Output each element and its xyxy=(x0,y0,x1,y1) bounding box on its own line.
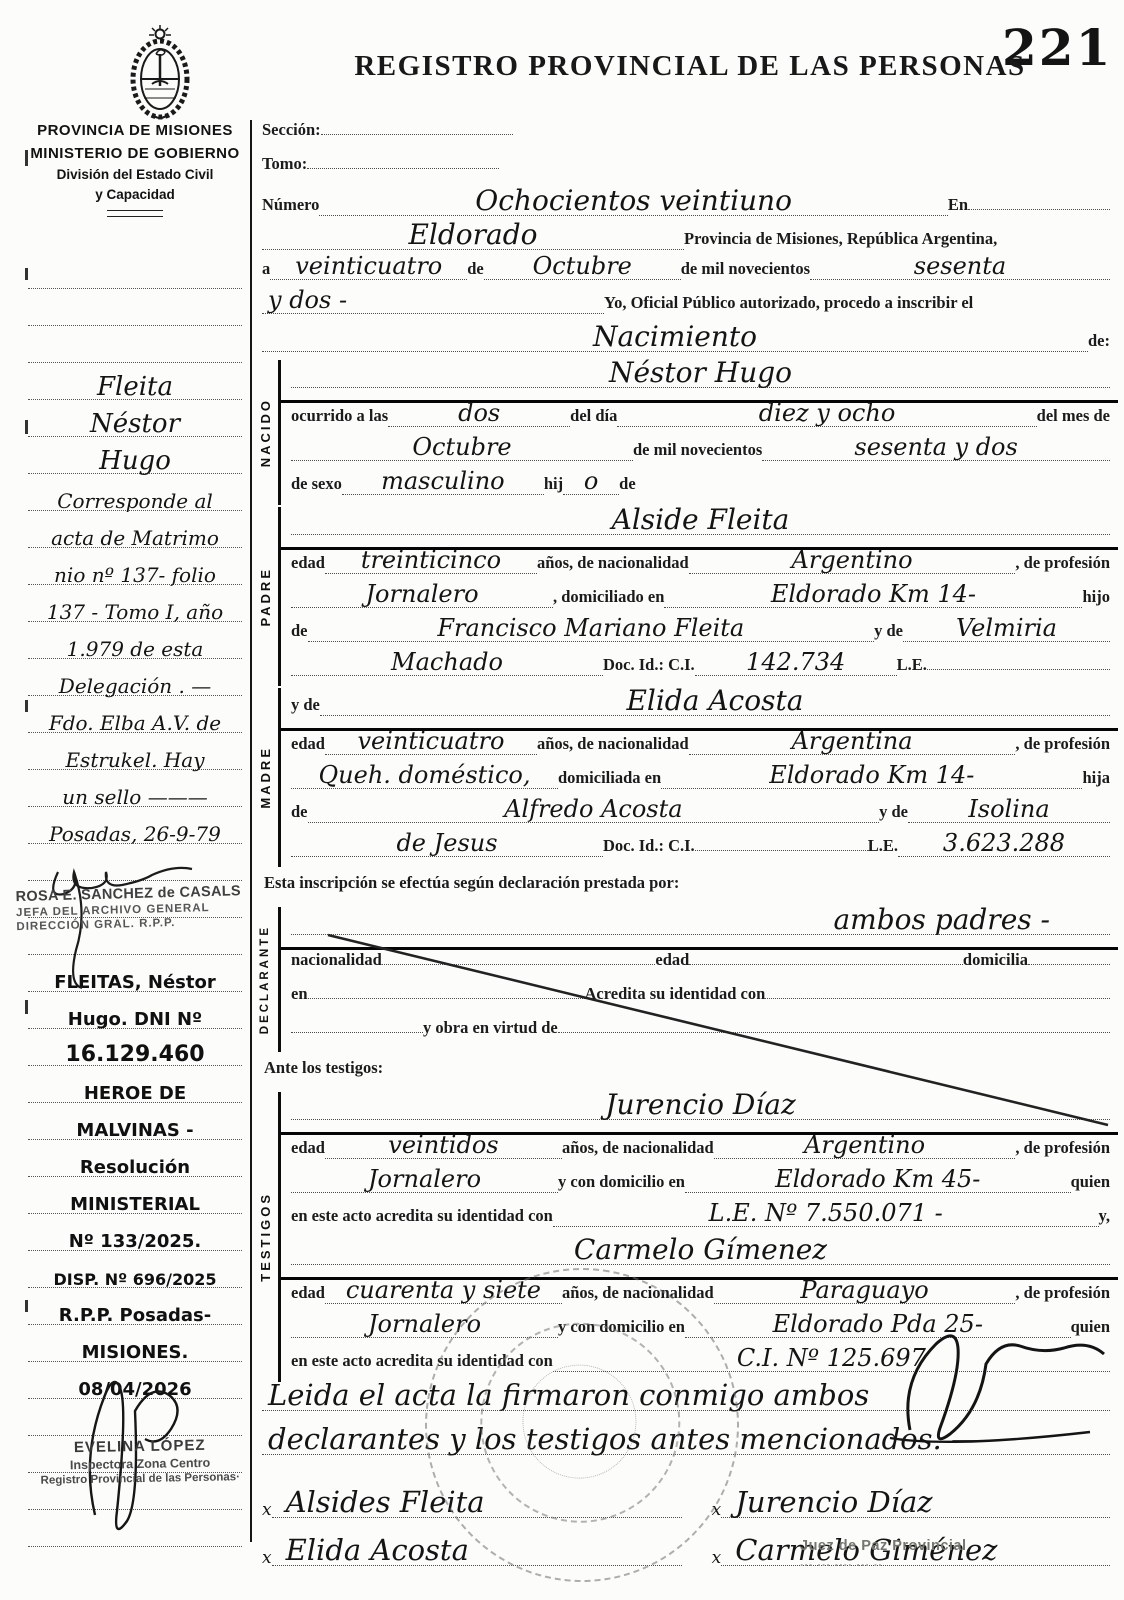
madre-le-value: 3.623.288 xyxy=(898,833,1110,857)
de-label: de xyxy=(467,259,484,279)
novecientos-label: de mil novecientos xyxy=(633,440,762,460)
testigos-intro-row: Ante los testigos: xyxy=(252,1052,1118,1090)
margin-text: DISP. Nº 696/2025 xyxy=(54,1273,217,1287)
section-madre: MADRE y de Elida Acosta edad veinticuatr… xyxy=(252,688,1118,867)
madre-row-profesion: Queh. doméstico, domiciliada en Eldorado… xyxy=(281,765,1118,799)
form-row-seccion: Sección: xyxy=(252,120,1118,154)
padre-dom-value: Eldorado Km 14- xyxy=(664,584,1082,608)
argentina-coat-of-arms-icon xyxy=(118,24,202,124)
testigo1-dom-value: Eldorado Km 45- xyxy=(685,1169,1071,1193)
margin-line: DISP. Nº 696/2025 xyxy=(28,1251,242,1288)
seccion-value xyxy=(321,134,513,135)
margin-line: Nº 133/2025. xyxy=(28,1214,242,1251)
edad-label: edad xyxy=(291,1283,325,1303)
madre-abuela-value: Isolina xyxy=(908,799,1110,823)
declarante-blank-value xyxy=(291,1032,423,1033)
margin-text: Estrukel. Hay xyxy=(65,751,204,769)
hij-value: o xyxy=(563,471,619,495)
yde-label: y de xyxy=(874,621,903,641)
padre-edad-value: treinticinco xyxy=(325,550,537,574)
declarante-nac-value xyxy=(382,964,656,965)
maternal-grandfather-handwritten: Alfredo Acosta xyxy=(504,795,683,823)
margin-line: Néstor xyxy=(28,400,242,437)
le-label: L.E. xyxy=(868,836,898,856)
margin-line: nio nº 137- folio xyxy=(28,548,242,585)
declarante-virtud-value xyxy=(558,1032,1110,1033)
scan-artifact xyxy=(25,1300,28,1312)
margin-text-dni: FLEITAS, Néstor xyxy=(54,975,215,991)
nacido-dia-value: diez y ocho xyxy=(617,403,1036,427)
witness2-name-handwritten: Carmelo Gímenez xyxy=(574,1233,827,1266)
quien-label: quien xyxy=(1071,1317,1110,1337)
domicilio-label: , domiciliado en xyxy=(553,587,664,607)
juez-line1: Juez de Paz Provincial xyxy=(800,1538,967,1554)
scan-artifact xyxy=(25,420,28,434)
padre-gutter: PADRE xyxy=(252,507,278,686)
nacido-gutter: NACIDO xyxy=(252,360,278,505)
nacido-label: NACIDO xyxy=(258,398,273,467)
yde-label: y de xyxy=(879,802,908,822)
margin-line xyxy=(28,252,242,289)
lugar-value: Eldorado xyxy=(262,222,684,250)
padre-abuelo-value: Francisco Mariano Fleita xyxy=(308,618,875,642)
yde-label: y de xyxy=(291,695,320,715)
padre-abuela-value: Velmiria xyxy=(903,618,1110,642)
declaracion-intro-text: Esta inscripción se efectúa según declar… xyxy=(264,873,679,893)
testigos-intro-text: Ante los testigos: xyxy=(264,1058,383,1078)
declarante-name-row: ambos padres - xyxy=(281,907,1118,950)
hour-handwritten: dos xyxy=(458,399,500,427)
section-nacido: NACIDO Néstor Hugo ocurrido a las dos de… xyxy=(252,360,1118,505)
birthday-handwritten: diez y ocho xyxy=(759,399,896,427)
mother-name-handwritten: Elida Acosta xyxy=(626,684,803,717)
acto-value: Nacimiento xyxy=(262,324,1088,352)
nacido-name-row: Néstor Hugo xyxy=(281,360,1118,403)
testigo1-nac-value: Argentino xyxy=(714,1135,1016,1159)
declarante-label: DECLARANTE xyxy=(259,925,271,1034)
sexo-label: de sexo xyxy=(291,474,342,494)
padre-content: Alside Fleita edad treinticinco años, de… xyxy=(278,507,1118,686)
madre-ci-value xyxy=(695,850,868,851)
margin-text: un sello ——— xyxy=(62,788,207,806)
form-row-numero: Número Ochocientos veintiuno En xyxy=(252,188,1118,222)
madre-nac-value: Argentina xyxy=(689,731,1016,755)
margin-text-name2: Hugo xyxy=(99,450,171,473)
ocurrido-label: ocurrido a las xyxy=(291,406,388,426)
witness1-age-handwritten: veintidos xyxy=(388,1131,498,1159)
birthmonth-handwritten: Octubre xyxy=(412,433,511,461)
declarante-content: ambos padres - nacionalidad edad domicil… xyxy=(278,907,1118,1052)
witness1-name-handwritten: Jurencio Díaz xyxy=(605,1088,796,1121)
testigo1-name-value: Jurencio Díaz xyxy=(291,1092,1110,1120)
doc-id-label: Doc. Id.: C.I. xyxy=(603,836,695,856)
del-mes-label: del mes de xyxy=(1037,406,1110,426)
margin-line: 137 - Tomo I, año xyxy=(28,585,242,622)
margin-line xyxy=(28,1510,242,1547)
testigos-gutter: TESTIGOS xyxy=(252,1092,278,1382)
en-label: en xyxy=(291,984,308,1004)
declarante-gutter: DECLARANTE xyxy=(252,907,278,1052)
padre-label: PADRE xyxy=(258,567,273,627)
birthyear-handwritten: sesenta y dos xyxy=(854,433,1017,461)
form-row-anio2: y dos - Yo, Oficial Público autorizado, … xyxy=(252,290,1118,324)
anios-label: años, de nacionalidad xyxy=(537,734,689,754)
testigo2-nac-value: Paraguayo xyxy=(714,1280,1016,1304)
acredita-label: Acredita su identidad con xyxy=(585,984,766,1004)
margin-line xyxy=(28,844,242,881)
mother-address-handwritten: Eldorado Km 14- xyxy=(769,761,974,789)
dia-value: veinticuatro xyxy=(270,256,467,280)
act-type-handwritten: Nacimiento xyxy=(593,320,757,353)
declarante-dom-value xyxy=(1028,964,1110,965)
novecientos-label: de mil novecientos xyxy=(681,259,810,279)
margin-text-surname: Fleita xyxy=(97,376,173,399)
inspector-stamp: EVELINA LÓPEZ Inspectora Zona Centro Reg… xyxy=(30,1436,251,1487)
testigo2-dom-value: Eldorado Pda 25- xyxy=(685,1314,1071,1338)
padre-abuela2-value: Machado xyxy=(291,652,603,676)
margin-text: 1.979 de esta xyxy=(67,640,204,658)
mother-le-handwritten: 3.623.288 xyxy=(943,829,1065,857)
madre-name-row: y de Elida Acosta xyxy=(281,688,1118,731)
tomo-label: Tomo: xyxy=(262,154,307,174)
x-mark: x xyxy=(262,1503,272,1518)
padre-row-edad: edad treinticinco años, de nacionalidad … xyxy=(281,550,1118,584)
father-age-handwritten: treinticinco xyxy=(361,546,501,574)
witness2-address-handwritten: Eldorado Pda 25- xyxy=(773,1310,983,1338)
padre-ci-value: 142.734 xyxy=(695,652,897,676)
margin-text: Fdo. Elba A.V. de xyxy=(49,714,221,732)
mother-nationality-handwritten: Argentina xyxy=(792,727,913,755)
mother-age-handwritten: veinticuatro xyxy=(357,727,504,755)
maternal-grandmother2-handwritten: de Jesus xyxy=(396,829,497,857)
nacido-anio-value: sesenta y dos xyxy=(762,437,1110,461)
acta-number-handwritten: Ochocientos veintiuno xyxy=(475,184,792,217)
testigo2-name-value: Carmelo Gímenez xyxy=(291,1237,1110,1265)
archive-chief-stamp: ROSA E. SANCHEZ de CASALS JEFA DEL ARCHI… xyxy=(15,883,256,933)
margin-text-date: 08/04/2026 xyxy=(78,1382,191,1398)
margin-line xyxy=(28,289,242,326)
father-ci-handwritten: 142.734 xyxy=(746,648,845,676)
anios-label: años, de nacionalidad xyxy=(562,1138,714,1158)
nacionalidad-label: nacionalidad xyxy=(291,950,382,970)
edad-label: edad xyxy=(291,734,325,754)
de-label: de xyxy=(619,474,636,494)
form-row-lugar: Eldorado Provincia de Misiones, Repúblic… xyxy=(252,222,1118,256)
margin-line: Hugo. DNI Nº xyxy=(28,992,242,1029)
testigo1-edad-value: veintidos xyxy=(325,1135,562,1159)
en-value xyxy=(968,209,1110,210)
witness2-document-handwritten: C.I. Nº 125.697 xyxy=(737,1344,926,1372)
x-mark: x xyxy=(712,1551,722,1566)
margin-line: un sello ——— xyxy=(28,770,242,807)
padre-name-row: Alside Fleita xyxy=(281,507,1118,550)
margin-line xyxy=(28,1399,242,1436)
letterhead-line3: División del Estado Civil xyxy=(28,165,242,185)
month-handwritten: Octubre xyxy=(533,252,632,280)
le-label: L.E. xyxy=(897,655,927,675)
declarante-en-value xyxy=(308,998,585,999)
profesion-label: , de profesión xyxy=(1015,553,1110,573)
declarante-row-datos: nacionalidad edad domicilia xyxy=(281,950,1118,984)
margin-line: FLEITAS, Néstor xyxy=(28,955,242,992)
mother-signature: Elida Acosta xyxy=(286,1533,469,1567)
hij-suffix-handwritten: o xyxy=(584,467,598,495)
madre-dom-value: Eldorado Km 14- xyxy=(661,765,1082,789)
margin-text: Nº 133/2025. xyxy=(69,1234,202,1250)
provincia-text: Provincia de Misiones, República Argenti… xyxy=(684,229,997,249)
margin-text: nio nº 137- folio xyxy=(54,566,216,584)
madre-row-abuelos: de Alfredo Acosta y de Isolina xyxy=(281,799,1118,833)
edad-label: edad xyxy=(655,950,689,970)
madre-abuelo-value: Alfredo Acosta xyxy=(308,799,880,823)
father-address-handwritten: Eldorado Km 14- xyxy=(771,580,976,608)
margin-text: 137 - Tomo I, año xyxy=(47,603,223,621)
scan-artifact xyxy=(25,150,28,166)
juez-line2: ··· ··· ···· ··· ·· xyxy=(800,1558,967,1572)
declarante-row-obra: y obra en virtud de xyxy=(281,1018,1118,1052)
letterhead-line2: MINISTERIO DE GOBIERNO xyxy=(28,143,242,166)
tomo-value xyxy=(307,168,499,169)
sex-handwritten: masculino xyxy=(381,467,505,495)
declarante-edad-value xyxy=(689,964,963,965)
witness2-nationality-handwritten: Paraguayo xyxy=(800,1276,928,1304)
child-name-handwritten: Néstor Hugo xyxy=(609,356,792,389)
madre-label: MADRE xyxy=(258,746,273,809)
stamp-role: Inspectora Zona Centro xyxy=(30,1455,250,1473)
en-label: En xyxy=(948,195,968,215)
testigo1-row-doc: en este acto acredita su identidad con L… xyxy=(281,1203,1118,1237)
margin-text: Posadas, 26-9-79 xyxy=(49,825,221,843)
margin-text: HEROE DE xyxy=(84,1086,186,1102)
domicilia-label: domicilia xyxy=(963,950,1028,970)
madre-content: y de Elida Acosta edad veinticuatro años… xyxy=(278,688,1118,867)
margin-text: MALVINAS - xyxy=(76,1123,193,1139)
margin-line: Posadas, 26-9-79 xyxy=(28,807,242,844)
madre-gutter: MADRE xyxy=(252,688,278,867)
numero-label: Número xyxy=(262,195,319,215)
margin-line: MINISTERIAL xyxy=(28,1177,242,1214)
padre-name-value: Alside Fleita xyxy=(291,507,1110,535)
testigo1-row-edad: edad veintidos años, de nacionalidad Arg… xyxy=(281,1135,1118,1169)
padre-row-doc: Machado Doc. Id.: C.I. 142.734 L.E. xyxy=(281,652,1118,686)
hijo-label: hijo xyxy=(1082,587,1110,607)
testigo1-prof-value: Jornalero xyxy=(291,1169,558,1193)
document-title: REGISTRO PROVINCIAL DE LAS PERSONAS xyxy=(300,50,1080,83)
year-handwritten: sesenta xyxy=(914,252,1006,280)
numero-value: Ochocientos veintiuno xyxy=(319,188,947,216)
seccion-label: Sección: xyxy=(262,120,321,140)
scan-artifact xyxy=(25,268,28,280)
margin-text-dni-number: 16.129.460 xyxy=(65,1045,204,1065)
hij-label: hij xyxy=(544,474,563,494)
margin-line: acta de Matrimo xyxy=(28,511,242,548)
margin-line: R.P.P. Posadas- xyxy=(28,1288,242,1325)
margin-line: Fdo. Elba A.V. de xyxy=(28,696,242,733)
testigo1-name-row: Jurencio Díaz xyxy=(281,1092,1118,1135)
margin-text: Resolución xyxy=(80,1160,190,1176)
a-label: a xyxy=(262,259,270,279)
father-nationality-handwritten: Argentino xyxy=(792,546,913,574)
de-label: de xyxy=(291,621,308,641)
oficial-text: Yo, Oficial Público autorizado, procedo … xyxy=(604,293,973,313)
nacido-name-value: Néstor Hugo xyxy=(291,360,1110,388)
scan-artifact xyxy=(25,1000,28,1014)
place-handwritten: Eldorado xyxy=(408,218,537,251)
section-declarante: DECLARANTE ambos padres - nacionalidad e… xyxy=(252,907,1118,1052)
margin-text-name1: Néstor xyxy=(90,413,180,436)
section-padre: PADRE Alside Fleita edad treinticinco añ… xyxy=(252,507,1118,686)
testigo2-name-row: Carmelo Gímenez xyxy=(281,1237,1118,1280)
profesion-label: , de profesión xyxy=(1015,1138,1110,1158)
margin-line: Corresponde al xyxy=(28,474,242,511)
margin-text: MINISTERIAL xyxy=(70,1197,200,1213)
obra-label: y obra en virtud de xyxy=(423,1018,558,1038)
margin-line: Delegación . — xyxy=(28,659,242,696)
witness1-occupation-handwritten: Jornalero xyxy=(368,1165,481,1193)
margin-text-dni: Hugo. DNI Nº xyxy=(68,1012,202,1028)
margin-text: MISIONES. xyxy=(82,1345,189,1361)
acredita-label: en este acto acredita su identidad con xyxy=(291,1206,553,1226)
nacido-mes-value: Octubre xyxy=(291,437,633,461)
letterhead-line1: PROVINCIA DE MISIONES xyxy=(28,120,242,143)
mes-value: Octubre xyxy=(484,256,681,280)
paternal-grandmother2-handwritten: Machado xyxy=(391,648,503,676)
quien-label: quien xyxy=(1071,1172,1110,1192)
paternal-grandfather-handwritten: Francisco Mariano Fleita xyxy=(437,614,744,642)
profesion-label: , de profesión xyxy=(1015,734,1110,754)
witness1-document-handwritten: L.E. Nº 7.550.071 - xyxy=(709,1199,943,1227)
padre-prof-value: Jornalero xyxy=(291,584,553,608)
margin-line: Estrukel. Hay xyxy=(28,733,242,770)
hija-label: hija xyxy=(1082,768,1110,788)
margin-line: Hugo xyxy=(28,437,242,474)
declared-by-handwritten: ambos padres - xyxy=(833,903,1050,936)
letterhead-rule xyxy=(107,210,163,217)
margin-line: Fleita xyxy=(28,363,242,400)
anio2-value: y dos - xyxy=(262,290,604,314)
doc-id-label: Doc. Id.: C.I. xyxy=(603,655,695,675)
padre-le-value xyxy=(927,669,1110,670)
father-occupation-handwritten: Jornalero xyxy=(365,580,478,608)
mother-occupation-handwritten: Queh. doméstico, xyxy=(319,761,531,789)
padre-nac-value: Argentino xyxy=(689,550,1016,574)
witness1-nationality-handwritten: Argentino xyxy=(804,1131,925,1159)
margin-line: 1.979 de esta xyxy=(28,622,242,659)
year2-handwritten: y dos - xyxy=(268,286,347,314)
edad-label: edad xyxy=(291,553,325,573)
nacido-row-hora: ocurrido a las dos del día diez y ocho d… xyxy=(281,403,1118,437)
y-label: y, xyxy=(1099,1206,1110,1226)
declaracion-intro-row: Esta inscripción se efectúa según declar… xyxy=(252,867,1118,905)
testigos-label: TESTIGOS xyxy=(258,1192,273,1282)
scan-artifact xyxy=(25,700,28,712)
scanned-birth-certificate: { "page": { "number": "221", "title": "R… xyxy=(0,0,1124,1600)
profesion-label: , de profesión xyxy=(1015,1283,1110,1303)
stamp-name: EVELINA LÓPEZ xyxy=(30,1436,250,1457)
witness1-signature: Jurencio Díaz xyxy=(735,1485,932,1519)
edad-label: edad xyxy=(291,1138,325,1158)
day-handwritten: veinticuatro xyxy=(295,252,442,280)
x-mark: x xyxy=(262,1551,272,1566)
madre-edad-value: veinticuatro xyxy=(325,731,537,755)
margin-text: Corresponde al xyxy=(57,492,213,510)
margin-text: acta de Matrimo xyxy=(51,529,219,547)
father-name-handwritten: Alside Fleita xyxy=(612,503,790,536)
de-label: de xyxy=(291,802,308,822)
form-row-acto: Nacimiento de: xyxy=(252,324,1118,358)
maternal-grandmother-handwritten: Isolina xyxy=(968,795,1049,823)
padre-row-profesion: Jornalero , domiciliado en Eldorado Km 1… xyxy=(281,584,1118,618)
letterhead: PROVINCIA DE MISIONES MINISTERIO DE GOBI… xyxy=(28,120,242,232)
justice-of-peace-stamp: Juez de Paz Provincial ··· ··· ···· ··· … xyxy=(800,1538,967,1572)
letterhead-line4: y Capacidad xyxy=(28,185,242,205)
del-dia-label: del día xyxy=(570,406,617,426)
form-row-tomo: Tomo: xyxy=(252,154,1118,188)
madre-prof-value: Queh. doméstico, xyxy=(291,765,558,789)
de-colon-label: de: xyxy=(1088,331,1110,351)
nacido-row-mes: Octubre de mil novecientos sesenta y dos xyxy=(281,437,1118,471)
margin-line: 08/04/2026 xyxy=(28,1362,242,1399)
anios-label: años, de nacionalidad xyxy=(537,553,689,573)
paternal-grandmother-handwritten: Velmiria xyxy=(956,614,1057,642)
sexo-value: masculino xyxy=(342,471,544,495)
margin-text: R.P.P. Posadas- xyxy=(59,1308,211,1324)
testigo1-doc-value: L.E. Nº 7.550.071 - xyxy=(553,1203,1099,1227)
nacido-row-sexo: de sexo masculino hij o de xyxy=(281,471,1118,505)
madre-row-edad: edad veinticuatro años, de nacionalidad … xyxy=(281,731,1118,765)
margin-line: HEROE DE xyxy=(28,1066,242,1103)
margin-column: PROVINCIA DE MISIONES MINISTERIO DE GOBI… xyxy=(28,120,242,1547)
padre-row-abuelos: de Francisco Mariano Fleita y de Velmiri… xyxy=(281,618,1118,652)
margin-line: 16.129.460 xyxy=(28,1029,242,1066)
declarante-row-acredita: en Acredita su identidad con xyxy=(281,984,1118,1018)
nacido-content: Néstor Hugo ocurrido a las dos del día d… xyxy=(278,360,1118,505)
margin-line: MALVINAS - xyxy=(28,1103,242,1140)
madre-abuela2-value: de Jesus xyxy=(291,833,603,857)
testigo1-row-domicilio: Jornalero y con domicilio en Eldorado Km… xyxy=(281,1169,1118,1203)
anio-value: sesenta xyxy=(810,256,1110,280)
margin-line xyxy=(28,326,242,363)
witness1-signature-line: Jurencio Díaz xyxy=(721,1489,1110,1518)
madre-row-doc: de Jesus Doc. Id.: C.I. L.E. 3.623.288 xyxy=(281,833,1118,867)
declarante-doc-value xyxy=(765,998,1110,999)
form-row-fecha: a veinticuatro de Octubre de mil novecie… xyxy=(252,256,1118,290)
madre-name-value: Elida Acosta xyxy=(320,688,1110,716)
testigo2-row-edad: edad cuarenta y siete años, de nacionali… xyxy=(281,1280,1118,1314)
margin-text: Delegación . — xyxy=(59,677,211,695)
hora-value: dos xyxy=(388,403,570,427)
domicilio-label: y con domicilio en xyxy=(558,1172,685,1192)
margin-line: MISIONES. xyxy=(28,1325,242,1362)
declarado-por-value: ambos padres - xyxy=(291,907,1110,935)
margin-line: Resolución xyxy=(28,1140,242,1177)
domicilio-label: domiciliada en xyxy=(558,768,661,788)
witness1-address-handwritten: Eldorado Km 45- xyxy=(775,1165,980,1193)
